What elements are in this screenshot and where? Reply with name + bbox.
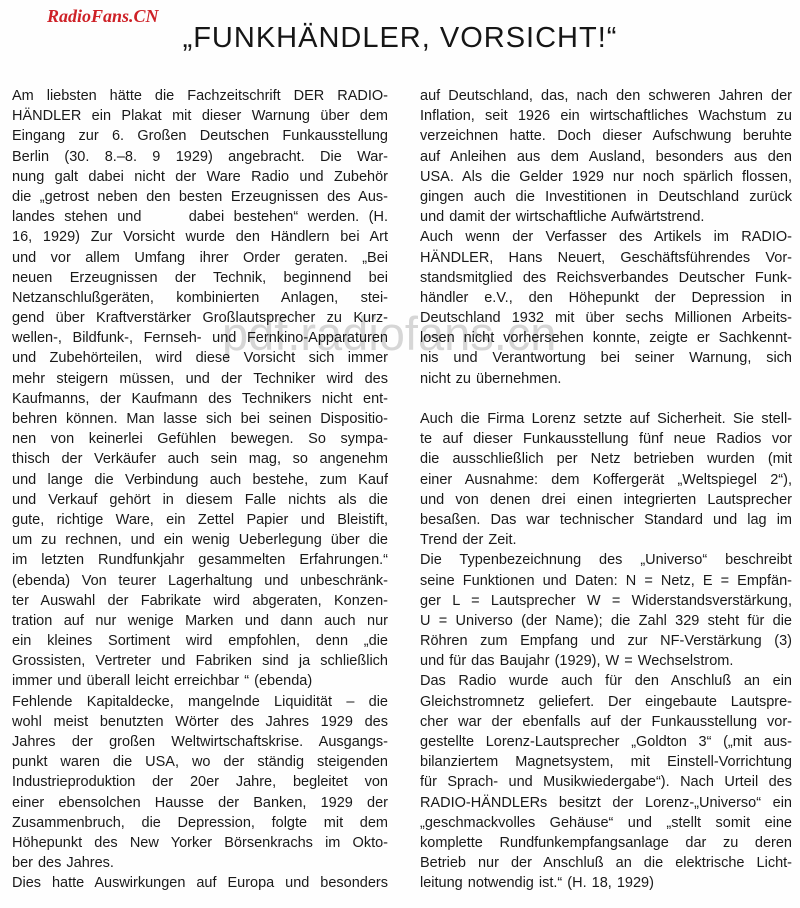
- text-line: cher war der ebenfalls auf der Funkausst…: [420, 712, 792, 732]
- right-text-column: auf Deutschland, das, nach den schweren …: [420, 86, 792, 894]
- text-line: Am liebsten hätte die Fachzeitschrift DE…: [12, 86, 388, 106]
- text-line: verzeichnen hatte. Doch dieser Aufschwun…: [420, 126, 792, 146]
- text-line: RADIO-HÄNDLERs besitzt der Lorenz-„Unive…: [420, 793, 792, 813]
- text-line: einer Ausnahme: dem Koffergerät „Weltspi…: [420, 470, 792, 490]
- text-line: und vor allem Umfang ihrer Order geraten…: [12, 248, 388, 268]
- text-line: Kaufmanns, der Kaufmann des Technikers n…: [12, 389, 388, 409]
- text-line: Trend der Zeit.: [420, 530, 792, 550]
- text-line: Inflation, seit 1926 ein wirtschaftliche…: [420, 106, 792, 126]
- text-line: Dies hatte Auswirkungen auf Europa und b…: [12, 873, 388, 893]
- text-line: (ebenda) Von teurer Lagerhaltung und unb…: [12, 571, 388, 591]
- text-line: Röhren zum Empfang und zur NF-Verstärkun…: [420, 631, 792, 651]
- text-line: Industrieproduktion der 20er Jahre, begl…: [12, 772, 388, 792]
- text-line: te auf dieser Funkausstellung fünf neue …: [420, 429, 792, 449]
- text-line: Auch wenn der Verfasser des Artikels im …: [420, 227, 792, 247]
- text-line: losen nicht vorhersehen konnte, zeigte e…: [420, 328, 792, 348]
- text-line: händler e.V., den Höhepunkt der Depressi…: [420, 288, 792, 308]
- text-line: und damit der wirtschaftliche Aufwärtstr…: [420, 207, 792, 227]
- text-line: gend über Kraftverstärker Großlautsprech…: [12, 308, 388, 328]
- text-line: Die Typenbezeichnung des „Universo“ besc…: [420, 550, 792, 570]
- text-line: nung galt dabei nicht der Ware Radio und…: [12, 167, 388, 187]
- text-line: Das Radio wurde auch für den Anschluß an…: [420, 671, 792, 691]
- text-line: die ausschließlich per Netz betrieben wu…: [420, 449, 792, 469]
- text-line: Zusammenbruch, die Depression, folgte mi…: [12, 813, 388, 833]
- text-line: seine Funktionen und Daten: N = Netz, E …: [420, 571, 792, 591]
- text-line: im letzten Rundfunkjahr gesammelten Erfa…: [12, 550, 388, 570]
- text-line: mehr steigern müssen, und der Techniker …: [12, 369, 388, 389]
- text-line: und Zubehörteilen, wird diese Vorsicht s…: [12, 348, 388, 368]
- text-line: und für das Baujahr (1929), W = Wechsels…: [420, 651, 792, 671]
- text-line: Auch die Firma Lorenz setzte auf Sicherh…: [420, 409, 792, 429]
- text-line: auf Deutschland, das, nach den schweren …: [420, 86, 792, 106]
- blank-line: [420, 389, 792, 409]
- text-line: Grossisten, Vertreter und Fabriken sind …: [12, 651, 388, 671]
- text-line: um zu rechnen, und ein wenig Ueberlegung…: [12, 530, 388, 550]
- text-line: einer ebensolchen Hausse der Banken, 192…: [12, 793, 388, 813]
- text-line: bilanziertem Magnetsystem, mit Einstell-…: [420, 752, 792, 772]
- text-line: nen von keinerlei Gefühlen bewegen. So s…: [12, 429, 388, 449]
- text-line: Betrieb nur der Anschluß an die elektris…: [420, 853, 792, 873]
- text-line: die „getrost neben den besten Erzeugniss…: [12, 187, 388, 207]
- text-line: U = Universo (der Name); die Zahl 329 st…: [420, 611, 792, 631]
- text-line: gute, richtige Ware, ein Zettel Papier u…: [12, 510, 388, 530]
- text-line: gingen auch die Investitionen in Deutsch…: [420, 187, 792, 207]
- text-line: und lange die Verbindung auch bestehe, z…: [12, 470, 388, 490]
- text-line: punkt waren die USA, wo der ständig stei…: [12, 752, 388, 772]
- text-line: landes stehen und dabei bestehen“ werden…: [12, 207, 388, 227]
- text-line: 16, 1929) Zur Vorsicht wurde den Händler…: [12, 227, 388, 247]
- text-line: nis und Verantwortung bei seiner Warnung…: [420, 348, 792, 368]
- text-line: standsmitglied des Reichsverbandes Deuts…: [420, 268, 792, 288]
- text-line: neuen Erzeugnissen der Technik, beginnen…: [12, 268, 388, 288]
- text-line: immer und überall leicht erreichbar “ (e…: [12, 671, 388, 691]
- text-line: Fehlende Kapitaldecke, mangelnde Liquidi…: [12, 692, 388, 712]
- text-line: Jahres der großen Weltwirtschaftskrise. …: [12, 732, 388, 752]
- text-line: wohl meist benutzten Wörter des Jahres 1…: [12, 712, 388, 732]
- text-line: ter Auswahl der Fabrikate wird abgeraten…: [12, 591, 388, 611]
- text-line: tration auf nur wenige Marken und dann a…: [12, 611, 388, 631]
- text-line: besaßen. Das war technischer Standard un…: [420, 510, 792, 530]
- text-line: ger L = Lautsprecher W = Widerstandsvers…: [420, 591, 792, 611]
- text-line: „geschmackvolles Gehäuse“ und „stellt so…: [420, 813, 792, 833]
- text-line: und Verkauf gehört in diesem Falle nicht…: [12, 490, 388, 510]
- text-line: leitung notwendig ist.“ (H. 18, 1929): [420, 873, 792, 893]
- text-line: behren können. Man lasse sich bei seinen…: [12, 409, 388, 429]
- text-line: ber des Jahres.: [12, 853, 388, 873]
- text-line: gestellte Lorenz-Lautsprecher „Goldton 3…: [420, 732, 792, 752]
- text-line: nicht zu übernehmen.: [420, 369, 792, 389]
- text-line: Deutschland 1932 mit über sechs Millione…: [420, 308, 792, 328]
- text-line: auf Anleihen aus dem Ausland, besonders …: [420, 147, 792, 167]
- text-line: für Sprach- und Musikwiedergabe“). Nach …: [420, 772, 792, 792]
- left-text-column: Am liebsten hätte die Fachzeitschrift DE…: [12, 86, 388, 894]
- text-line: ein kleines Sortiment wird empfohlen, de…: [12, 631, 388, 651]
- text-line: thisch der Verkäufer auch sein mag, so a…: [12, 449, 388, 469]
- radiofans-watermark: RadioFans.CN: [47, 6, 159, 27]
- document-page: RadioFans.CN pdf.radiofans.cn „FUNKHÄNDL…: [0, 0, 800, 908]
- text-line: Gleichstromnetz geliefert. Der eingebaut…: [420, 692, 792, 712]
- text-line: Netzanschlußgeräten, kombinierten Anlage…: [12, 288, 388, 308]
- text-line: Höhepunkt des New Yorker Börsenkrachs im…: [12, 833, 388, 853]
- text-line: wellen-, Bildfunk-, Fernseh- und Fernkin…: [12, 328, 388, 348]
- text-line: und von denen drei einen integrierten La…: [420, 490, 792, 510]
- text-line: komplette Rundfunkempfangsanlage dar zu …: [420, 833, 792, 853]
- text-line: Eingang zur 6. Großen Deutschen Funkauss…: [12, 126, 388, 146]
- text-line: HÄNDLER, Hans Neuert, Geschäftsführendes…: [420, 248, 792, 268]
- text-line: HÄNDLER ein Plakat mit dieser Warnung üb…: [12, 106, 388, 126]
- text-line: Berlin (30. 8.–8. 9 1929) angebracht. Di…: [12, 147, 388, 167]
- text-line: USA. Als die Gelder 1929 nur noch spärli…: [420, 167, 792, 187]
